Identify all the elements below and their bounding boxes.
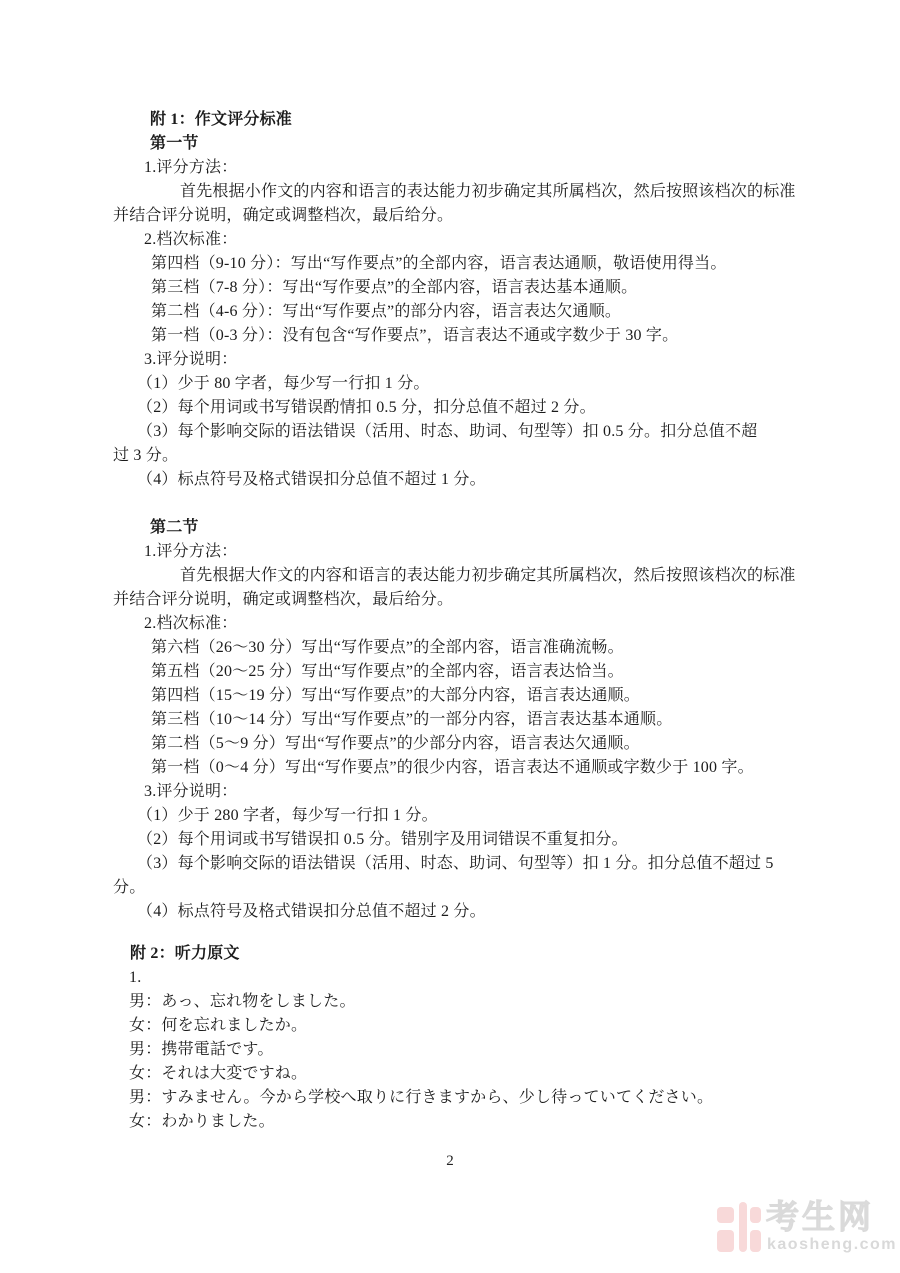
- document-line: 2.档次标准：: [0, 612, 900, 636]
- document-line: （4）标点符号及格式错误扣分总值不超过 2 分。: [0, 900, 900, 924]
- document-line: 1.评分方法：: [0, 156, 900, 180]
- document-line: 首先根据小作文的内容和语言的表达能力初步确定其所属档次，然后按照该档次的标准: [0, 180, 900, 204]
- document-line: （3）每个影响交际的语法错误（活用、时态、助词、句型等）扣 1 分。扣分总值不超…: [0, 852, 900, 876]
- document-line: 女：何を忘れましたか。: [0, 1014, 900, 1038]
- logo-block-bar: [739, 1202, 747, 1252]
- kaosheng-watermark: 考生网 kaosheng.com: [710, 1200, 890, 1264]
- document-line: 第四档（15～19 分）写出“写作要点”的大部分内容，语言表达通顺。: [0, 684, 900, 708]
- logo-block-bottom-right: [750, 1230, 761, 1252]
- document-line: 1.评分方法：: [0, 540, 900, 564]
- watermark-brand-text: 考生网: [766, 1200, 874, 1234]
- document-line: （2）每个用词或书写错误酌情扣 0.5 分，扣分总值不超过 2 分。: [0, 396, 900, 420]
- document-line: 男：携帯電話です。: [0, 1038, 900, 1062]
- document-line: 女：わかりました。: [0, 1110, 900, 1134]
- document-line: 第二节: [0, 516, 900, 540]
- document-line: 过 3 分。: [0, 444, 900, 468]
- document-line: 男：すみません。今から学校へ取りに行きますから、少し待っていてください。: [0, 1086, 900, 1110]
- document-line: （1）少于 80 字者，每少写一行扣 1 分。: [0, 372, 900, 396]
- document-line: 附 1：作文评分标准: [0, 108, 900, 132]
- document-line: 第四档（9-10 分）：写出“写作要点”的全部内容，语言表达通顺，敬语使用得当。: [0, 252, 900, 276]
- document-line: 附 2：听力原文: [0, 942, 900, 966]
- document-line: 分。: [0, 876, 900, 900]
- logo-block-bottom-left: [717, 1230, 734, 1252]
- document-line: （3）每个影响交际的语法错误（活用、时态、助词、句型等）扣 0.5 分。扣分总值…: [0, 420, 900, 444]
- document-line: 女：それは大変ですね。: [0, 1062, 900, 1086]
- document-line: 男：あっ、忘れ物をしました。: [0, 990, 900, 1014]
- document-line: 2.档次标准：: [0, 228, 900, 252]
- document-line: 第六档（26～30 分）写出“写作要点”的全部内容，语言准确流畅。: [0, 636, 900, 660]
- document-line: 第三档（7-8 分）：写出“写作要点”的全部内容，语言表达基本通顺。: [0, 276, 900, 300]
- document-page: 附 1：作文评分标准第一节1.评分方法：首先根据小作文的内容和语言的表达能力初步…: [0, 0, 900, 1273]
- logo-block-top-left: [717, 1207, 734, 1223]
- document-line: 第一档（0-3 分）：没有包含“写作要点”，语言表达不通或字数少于 30 字。: [0, 324, 900, 348]
- document-line: 第三档（10～14 分）写出“写作要点”的一部分内容，语言表达基本通顺。: [0, 708, 900, 732]
- document-line: 第二档（5～9 分）写出“写作要点”的少部分内容，语言表达欠通顺。: [0, 732, 900, 756]
- document-line: 第二档（4-6 分）：写出“写作要点”的部分内容，语言表达欠通顺。: [0, 300, 900, 324]
- document-line: （2）每个用词或书写错误扣 0.5 分。错别字及用词错误不重复扣分。: [0, 828, 900, 852]
- kaosheng-logo-icon: [710, 1200, 762, 1258]
- document-line: （1）少于 280 字者，每少写一行扣 1 分。: [0, 804, 900, 828]
- logo-block-top-right: [750, 1207, 761, 1223]
- document-line: 3.评分说明：: [0, 780, 900, 804]
- document-line: 第五档（20～25 分）写出“写作要点”的全部内容，语言表达恰当。: [0, 660, 900, 684]
- page-number: 2: [0, 1153, 900, 1170]
- document-line: 1.: [0, 966, 900, 990]
- document-line: 并结合评分说明，确定或调整档次，最后给分。: [0, 204, 900, 228]
- document-line: （4）标点符号及格式错误扣分总值不超过 1 分。: [0, 468, 900, 492]
- document-line: 3.评分说明：: [0, 348, 900, 372]
- document-line: 第一档（0～4 分）写出“写作要点”的很少内容，语言表达不通顺或字数少于 100…: [0, 756, 900, 780]
- document-line: 首先根据大作文的内容和语言的表达能力初步确定其所属档次，然后按照该档次的标准: [0, 564, 900, 588]
- document-line: 并结合评分说明，确定或调整档次，最后给分。: [0, 588, 900, 612]
- watermark-domain-text: kaosheng.com: [767, 1236, 897, 1254]
- document-line: 第一节: [0, 132, 900, 156]
- document-body: 附 1：作文评分标准第一节1.评分方法：首先根据小作文的内容和语言的表达能力初步…: [0, 108, 900, 1134]
